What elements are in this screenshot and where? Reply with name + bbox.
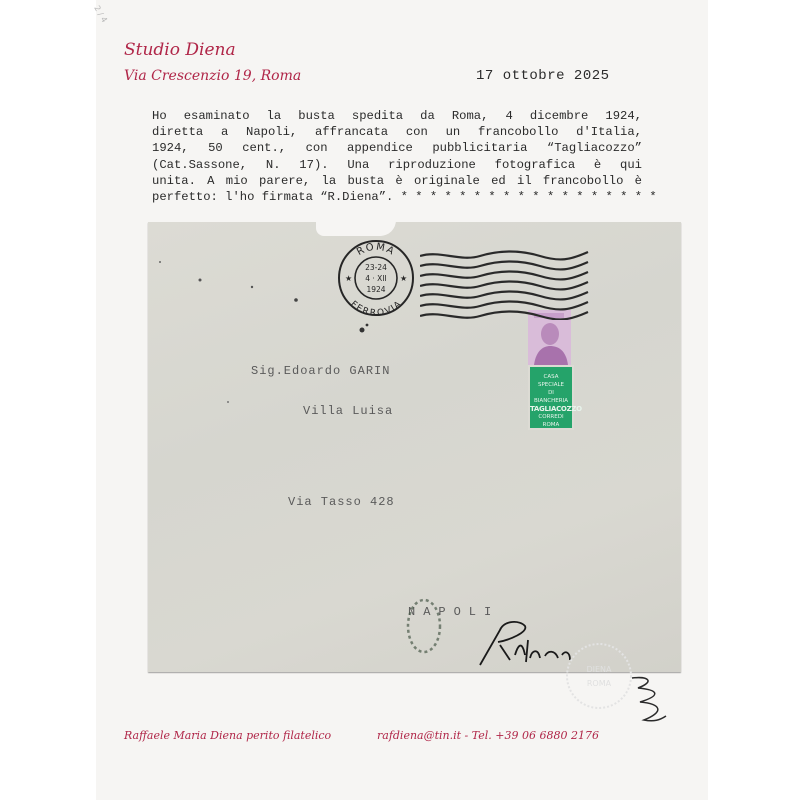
signature-tail: [630, 676, 670, 726]
advert-line: BIANCHERIA: [530, 397, 572, 405]
certificate-date: 17 ottobre 2025: [476, 68, 610, 84]
postmark-time: 23-24: [365, 263, 387, 272]
diena-emboss-seal: DIENA ROMA: [564, 636, 634, 716]
svg-text:★: ★: [345, 274, 352, 283]
advert-brand: TAGLIACOZZO: [530, 405, 572, 413]
napoli-arrival-postmark: [404, 594, 444, 658]
certificate-line: 1924, 50 cent., con appendice pubblicita…: [152, 140, 642, 156]
roma-postmark: ROMA FERROVIA ★ ★ 23-24 4 · XII 1924: [336, 238, 416, 318]
svg-text:★: ★: [400, 274, 407, 283]
studio-address: Via Crescenzio 19, Roma: [124, 68, 301, 84]
advert-city: ROMA: [530, 421, 572, 429]
contact-info: rafdiena@tin.it - Tel. +39 06 6880 2176: [377, 729, 599, 742]
advert-line: DI: [530, 389, 572, 397]
emboss-line1: DIENA: [586, 665, 612, 674]
studio-name: Studio Diena: [124, 40, 236, 60]
certificate-line: Ho esaminato la busta spedita da Roma, 4…: [152, 108, 642, 124]
certificate-text: Ho esaminato la busta spedita da Roma, 4…: [152, 108, 642, 205]
recipient-street: Via Tasso 428: [288, 495, 395, 509]
certificate-line: diretta a Napoli, affrancata con un fran…: [152, 124, 642, 140]
certificate-line: perfetto: l'ho firmata “R.Diena”. * * * …: [152, 189, 642, 205]
certificate-line: (Cat.Sassone, N. 17). Una riproduzione f…: [152, 157, 642, 173]
postmark-year: 1924: [366, 285, 385, 294]
wavy-cancellation: [420, 248, 590, 320]
certificate-line: unita. A mio parere, la busta è original…: [152, 173, 642, 189]
envelope-photo: ROMA FERROVIA ★ ★ 23-24 4 · XII 1924 CAS…: [148, 222, 681, 672]
tagliacozzo-advert-label: CASA SPECIALE DI BIANCHERIA TAGLIACOZZO …: [528, 365, 574, 430]
postmark-date: 4 · XII: [365, 274, 387, 283]
recipient-villa: Villa Luisa: [303, 404, 393, 418]
recipient-name: Sig.Edoardo GARIN: [251, 364, 390, 378]
expert-name: Raffaele Maria Diena perito filatelico: [124, 729, 331, 742]
advert-line: CASA SPECIALE: [530, 373, 572, 389]
emboss-line2: ROMA: [587, 679, 612, 688]
advert-line: CORREDI: [530, 413, 572, 421]
